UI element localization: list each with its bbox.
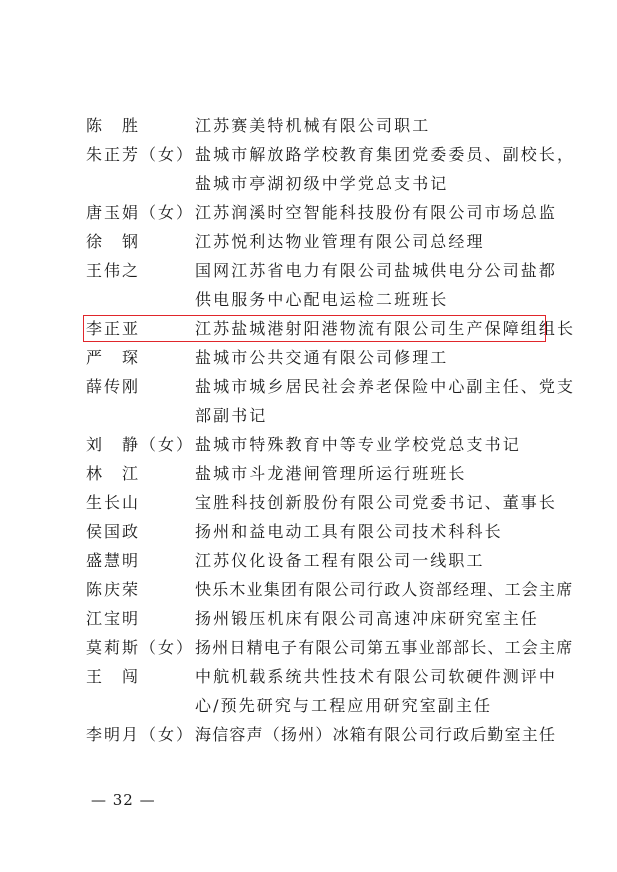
role-text: 江苏盐城港射阳港物流有限公司生产保障组组长: [195, 314, 575, 343]
person-roles: 江苏悦利达物业管理有限公司总经理: [195, 227, 546, 256]
role-text: 盐城市解放路学校教育集团党委委员、副校长，: [195, 140, 575, 169]
person-roles: 宝胜科技创新股份有限公司党委书记、董事长: [195, 488, 557, 517]
person-name: 朱正芳（女）: [86, 140, 195, 169]
person-name: 王伟之: [86, 256, 195, 285]
role-text: 江苏仪化设备工程有限公司一线职工: [195, 546, 546, 575]
role-text: 盐城市特殊教育中等专业学校党总支书记: [195, 430, 546, 459]
document-page: 陈 胜 江苏赛美特机械有限公司职工 朱正芳（女） 盐城市解放路学校教育集团党委委…: [0, 0, 617, 872]
list-item: 林 江 盐城市斗龙港闸管理所运行班班长: [86, 459, 546, 488]
person-name: 江宝明: [86, 604, 195, 633]
list-item: 唐玉娟（女） 江苏润溪时空智能科技股份有限公司市场总监: [86, 198, 546, 227]
person-roles: 扬州日精电子有限公司第五事业部部长、工会主席: [195, 633, 573, 662]
list-item: 朱正芳（女） 盐城市解放路学校教育集团党委委员、副校长， 盐城市亭湖初级中学党总…: [86, 140, 546, 198]
person-roles: 盐城市特殊教育中等专业学校党总支书记: [195, 430, 546, 459]
role-text: 部副书记: [195, 401, 575, 430]
role-text: 中航机载系统共性技术有限公司软硬件测评中: [195, 662, 557, 691]
person-name: 徐 钢: [86, 227, 195, 256]
person-name: 李正亚: [86, 314, 195, 343]
person-name: 陈庆荣: [86, 575, 195, 604]
person-roles: 国网江苏省电力有限公司盐城供电分公司盐都 供电服务中心配电运检二班班长: [195, 256, 557, 314]
list-item: 王伟之 国网江苏省电力有限公司盐城供电分公司盐都 供电服务中心配电运检二班班长: [86, 256, 546, 314]
role-text: 宝胜科技创新股份有限公司党委书记、董事长: [195, 488, 557, 517]
list-item: 盛慧明 江苏仪化设备工程有限公司一线职工: [86, 546, 546, 575]
person-name: 侯国政: [86, 517, 195, 546]
person-roles: 海信容声（扬州）冰箱有限公司行政后勤室主任: [195, 720, 556, 749]
list-item: 陈庆荣 快乐木业集团有限公司行政人资部经理、工会主席: [86, 575, 546, 604]
list-item: 薛传刚 盐城市城乡居民社会养老保险中心副主任、党支 部副书记: [86, 372, 546, 430]
list-item: 王 闯 中航机载系统共性技术有限公司软硬件测评中 心/预先研究与工程应用研究室副…: [86, 662, 546, 720]
person-roles: 快乐木业集团有限公司行政人资部经理、工会主席: [195, 575, 573, 604]
role-text: 盐城市斗龙港闸管理所运行班班长: [195, 459, 546, 488]
list-item: 李明月（女） 海信容声（扬州）冰箱有限公司行政后勤室主任: [86, 720, 546, 749]
role-text: 江苏润溪时空智能科技股份有限公司市场总监: [195, 198, 557, 227]
person-roles: 江苏仪化设备工程有限公司一线职工: [195, 546, 546, 575]
list-item: 莫莉斯（女） 扬州日精电子有限公司第五事业部部长、工会主席: [86, 633, 546, 662]
person-roles: 江苏盐城港射阳港物流有限公司生产保障组组长: [195, 314, 575, 343]
person-name: 李明月（女）: [86, 720, 195, 749]
role-text: 国网江苏省电力有限公司盐城供电分公司盐都: [195, 256, 557, 285]
list-item: 刘 静（女） 盐城市特殊教育中等专业学校党总支书记: [86, 430, 546, 459]
person-roles: 中航机载系统共性技术有限公司软硬件测评中 心/预先研究与工程应用研究室副主任: [195, 662, 557, 720]
role-text: 盐城市公共交通有限公司修理工: [195, 343, 546, 372]
role-text: 心/预先研究与工程应用研究室副主任: [195, 691, 557, 720]
list-item: 生长山 宝胜科技创新股份有限公司党委书记、董事长: [86, 488, 546, 517]
role-text: 扬州锻压机床有限公司高速冲床研究室主任: [195, 604, 546, 633]
list-item: 徐 钢 江苏悦利达物业管理有限公司总经理: [86, 227, 546, 256]
person-name: 盛慧明: [86, 546, 195, 575]
role-text: 快乐木业集团有限公司行政人资部经理、工会主席: [195, 575, 573, 604]
person-roles: 江苏润溪时空智能科技股份有限公司市场总监: [195, 198, 557, 227]
person-name: 莫莉斯（女）: [86, 633, 195, 662]
role-text: 江苏悦利达物业管理有限公司总经理: [195, 227, 546, 256]
person-roles: 扬州锻压机床有限公司高速冲床研究室主任: [195, 604, 546, 633]
person-name: 林 江: [86, 459, 195, 488]
role-text: 扬州日精电子有限公司第五事业部部长、工会主席: [195, 633, 573, 662]
person-roles: 扬州和益电动工具有限公司技术科科长: [195, 517, 546, 546]
person-roles: 盐城市城乡居民社会养老保险中心副主任、党支 部副书记: [195, 372, 575, 430]
role-text: 盐城市城乡居民社会养老保险中心副主任、党支: [195, 372, 575, 401]
role-text: 海信容声（扬州）冰箱有限公司行政后勤室主任: [195, 720, 556, 749]
person-name: 严 琛: [86, 343, 195, 372]
list-item: 严 琛 盐城市公共交通有限公司修理工: [86, 343, 546, 372]
person-name: 唐玉娟（女）: [86, 198, 195, 227]
list-item: 江宝明 扬州锻压机床有限公司高速冲床研究室主任: [86, 604, 546, 633]
person-roles: 盐城市解放路学校教育集团党委委员、副校长， 盐城市亭湖初级中学党总支书记: [195, 140, 575, 198]
person-name: 生长山: [86, 488, 195, 517]
person-name: 陈 胜: [86, 111, 195, 140]
person-roles: 盐城市公共交通有限公司修理工: [195, 343, 546, 372]
role-text: 供电服务中心配电运检二班班长: [195, 285, 557, 314]
list-item: 侯国政 扬州和益电动工具有限公司技术科科长: [86, 517, 546, 546]
person-roles: 江苏赛美特机械有限公司职工: [195, 111, 546, 140]
role-text: 扬州和益电动工具有限公司技术科科长: [195, 517, 546, 546]
role-text: 江苏赛美特机械有限公司职工: [195, 111, 546, 140]
person-roles: 盐城市斗龙港闸管理所运行班班长: [195, 459, 546, 488]
person-name: 王 闯: [86, 662, 195, 691]
person-name: 薛传刚: [86, 372, 195, 401]
person-name: 刘 静（女）: [86, 430, 195, 459]
list-item: 陈 胜 江苏赛美特机械有限公司职工: [86, 111, 546, 140]
page-number: — 32 —: [91, 788, 156, 812]
honoree-list: 陈 胜 江苏赛美特机械有限公司职工 朱正芳（女） 盐城市解放路学校教育集团党委委…: [86, 111, 546, 749]
role-text: 盐城市亭湖初级中学党总支书记: [195, 169, 575, 198]
list-item-highlighted: 李正亚 江苏盐城港射阳港物流有限公司生产保障组组长: [86, 314, 546, 343]
